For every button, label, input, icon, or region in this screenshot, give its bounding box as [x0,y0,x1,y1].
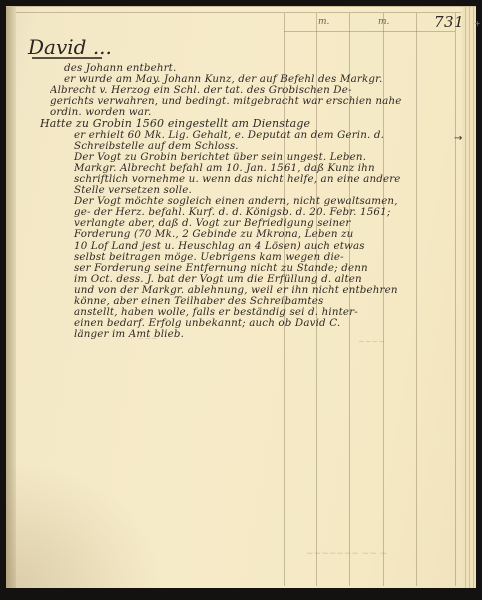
text-line: er wurde am May. Johann Kunz, der auf Be… [50,74,470,85]
text-line: Der Vogt zu Grobin berichtet über sein u… [50,152,470,163]
heading-underline [32,57,102,59]
text-line: schriftlich vornehme u. wenn das nicht h… [50,174,470,185]
text-line: ser Forderung seine Entfernung nicht zu … [50,263,470,274]
show-through-text: ·· ∼∼∼ [130,334,158,343]
text-line: 10 Lof Land jest u. Heuschlag an 4 Lösen… [50,241,470,252]
binding-gutter [6,7,16,590]
show-through-text: ∼∼∼∼ [358,337,385,346]
text-line: einen bedarf. Erfolg unbekannt; auch ob … [50,318,470,329]
text-line: Schreibstelle auf dem Schloss. [50,141,470,152]
top-rule [16,12,461,13]
scanner-border [0,588,482,600]
header-rule [284,31,455,32]
scanned-manuscript: m. m. 731 + David ... des Johann entbehr… [0,0,482,600]
text-line: gerichts verwahren, und bedingt. mitgebr… [50,96,470,107]
text-line: und von der Markgr. ablehnung, weil er i… [50,285,470,296]
margin-arrow-mark: → [454,133,462,144]
text-line: ge- der Herz. befahl. Kurf. d. d. Königs… [50,207,470,218]
entry-body: des Johann entbehrt. er wurde am May. Jo… [50,63,470,340]
text-line: Forderung (70 Mk., 2 Gebinde zu Mkrona, … [50,229,470,240]
text-line: könne, aber einen Teilhaber des Schreiba… [50,296,470,307]
text-line: anstellt, haben wolle, falls er beständi… [50,307,470,318]
column-header: m. [378,17,389,27]
corner-mark: + [474,19,481,28]
show-through-text: ∼∼∼∼∼∼∼ ∼∼ ∼ [306,549,387,559]
text-line: Der Vogt möchte sogleich einen andern, n… [50,196,470,207]
column-header: m. [318,17,329,27]
text-line: er erhielt 60 Mk. Lig. Gehalt, e. Deputa… [50,130,470,141]
ledger-page: m. m. 731 + David ... des Johann entbehr… [6,6,476,590]
text-line: ordin. worden war. [50,107,470,118]
text-line: Stelle versetzen solle. [50,185,470,196]
text-line: Albrecht v. Herzog ein Schl. der tat. de… [50,85,470,96]
text-line: länger im Amt blieb. [50,329,470,340]
page-number: 731 [434,13,464,31]
entry-heading: David ... [28,35,112,59]
text-line: verlangte aber, daß d. Vogt zur Befriedi… [50,218,470,229]
text-line: Markgr. Albrecht befahl am 10. Jan. 1561… [50,163,470,174]
text-line: Hatte zu Grobin 1560 eingestellt am Dien… [40,118,470,129]
text-line: des Johann entbehrt. [50,63,470,74]
text-line: im Oct. dess. J. bat der Vogt um die Erf… [50,274,470,285]
text-line: selbst beitragen möge. Uebrigens kam weg… [50,252,470,263]
